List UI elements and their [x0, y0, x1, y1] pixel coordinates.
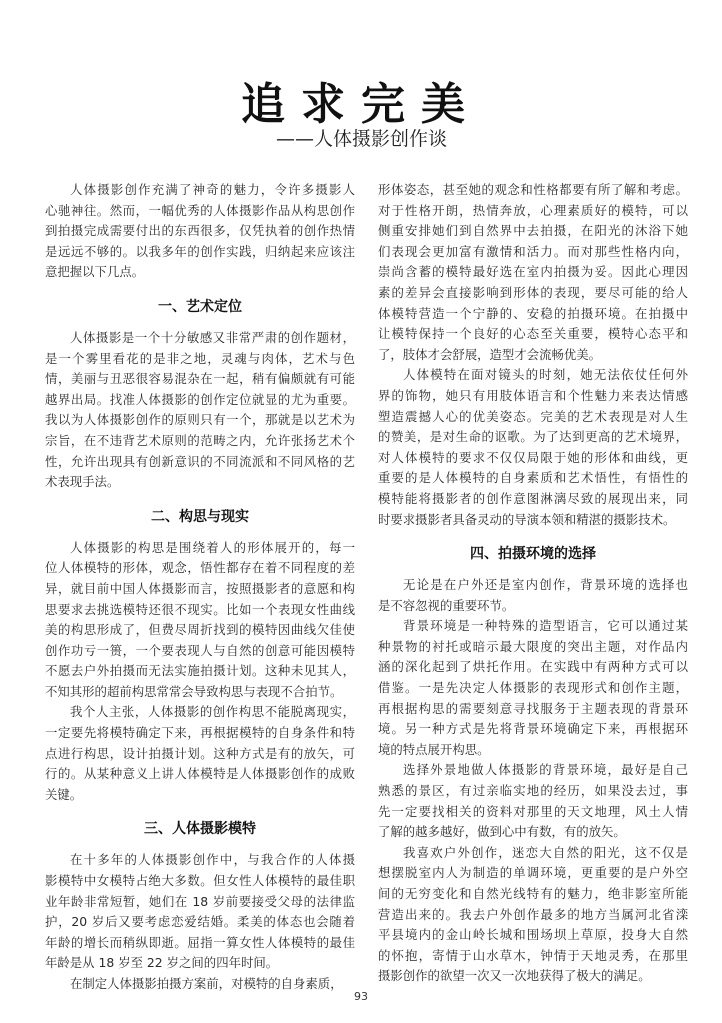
- paragraph: 我喜欢户外创作，迷恋大自然的阳光，这不仅是想摆脱室内人为制造的单调环境，更重要的…: [378, 843, 688, 987]
- text-line: 异，就目前中国人体摄影而言，按照摄影者的意愿和构: [45, 579, 355, 600]
- paragraph: 形体姿态，甚至她的观念和性格都要有所了解和考虑。对于性格开朗，热情奔放，心理素质…: [378, 180, 688, 365]
- right-column: 形体姿态，甚至她的观念和性格都要有所了解和考虑。对于性格开朗，热情奔放，心理素质…: [378, 180, 688, 987]
- text-line: 一定要先将模特确定下来，再根据模特的自身条件和特: [45, 723, 355, 744]
- text-line: 无论是在户外还是室内创作，背景环境的选择也: [378, 575, 688, 596]
- text-line: 不愿去户外拍摄而无法实施拍摄计划。这种未见其人，: [45, 661, 355, 682]
- text-line: 宗旨，在不违背艺术原则的范畴之内，允许张扬艺术个: [45, 431, 355, 452]
- text-line: 不知其形的超前构思常常会导致构思与表现不合拍节。: [45, 682, 355, 703]
- text-line: 背景环境是一种特殊的造型语言，它可以通过某: [378, 616, 688, 637]
- text-line: 体模特营造一个宁静的、安稳的拍摄环境。在拍摄中: [378, 304, 688, 325]
- paragraph: 无论是在户外还是室内创作，背景环境的选择也是不容忽视的重要环节。: [378, 575, 688, 616]
- text-line: 对人体模特的要求不仅仅局限于她的形体和曲线，更: [378, 448, 688, 469]
- text-line: 种景物的衬托或暗示最大限度的突出主题，对作品内: [378, 637, 688, 658]
- text-line: 性，允许出现具有创新意识的不同流派和不同风格的艺: [45, 452, 355, 473]
- text-line: 间的无穷变化和自然光线特有的魅力，绝非影室所能: [378, 884, 688, 905]
- text-line: 界的饰物，她只有用肢体语言和个性魅力来表达情感: [378, 386, 688, 407]
- text-line: 思要求去挑选模特还很不现实。比如一个表现女性曲线: [45, 600, 355, 621]
- text-line: 时要求摄影者具备灵动的导演本领和精湛的摄影技术。: [378, 510, 688, 531]
- section-heading: 二、构思与现实: [45, 498, 355, 536]
- text-line: 术表现手法。: [45, 472, 355, 493]
- text-line: 素的差异会直接影响到形体的表现，要尽可能的给人: [378, 283, 688, 304]
- text-line: 越界出局。找准人体摄影的创作定位就显的尤为重要。: [45, 390, 355, 411]
- text-line: 了，肢体才会舒展，造型才会流畅优美。: [378, 345, 688, 366]
- paragraph: 选择外景地做人体摄影的背景环境，最好是自己熟悉的景区，有过亲临实地的经历，如果没…: [378, 760, 688, 842]
- text-line: 人体模特在面对镜头的时刻，她无法依仗任何外: [378, 365, 688, 386]
- text-line: 侧重安排她们到自然界中去拍摄，在阳光的沐浴下她: [378, 221, 688, 242]
- text-line: 境的特点展开构思。: [378, 740, 688, 761]
- text-line: 再根据构思的需要刻意寻找服务于主题表现的背景环: [378, 699, 688, 720]
- text-line: 人体摄影创作充满了神奇的魅力，令许多摄影人: [45, 180, 355, 201]
- text-line: 对于性格开朗，热情奔放，心理素质好的模特，可以: [378, 201, 688, 222]
- text-line: 位人体模特的形体，观念，悟性都存在着不同程度的差: [45, 558, 355, 579]
- text-line: 我个人主张，人体摄影的创作构思不能脱离现实，: [45, 702, 355, 723]
- text-line: 涵的深化起到了烘托作用。在实践中有两种方式可以: [378, 657, 688, 678]
- text-line: 营造出来的。我去户外创作最多的地方当属河北省滦: [378, 905, 688, 926]
- text-line: 重要的是人体模特的自身素质和艺术悟性，有悟性的: [378, 468, 688, 489]
- text-line: 到拍摄完成需要付出的东西很多，仅凭执着的创作热情: [45, 221, 355, 242]
- text-line: 我以为人体摄影创作的原则只有一个，那就是以艺术为: [45, 410, 355, 431]
- section-heading: 四、拍摄环境的选择: [378, 535, 688, 573]
- text-line: 是远远不够的。以我多年的创作实践，归纳起来应该注: [45, 242, 355, 263]
- left-column: 人体摄影创作充满了神奇的魅力，令许多摄影人心驰神往。然而，一幅优秀的人体摄影作品…: [45, 180, 355, 995]
- text-line: 模特能将摄影者的创作意图淋漓尽致的展现出来，同: [378, 489, 688, 510]
- paragraph: 人体模特在面对镜头的时刻，她无法依仗任何外界的饰物，她只有用肢体语言和个性魅力来…: [378, 365, 688, 530]
- text-line: 护，20 岁后又要考虑恋爱结婚。柔美的体态也会随着: [45, 912, 355, 933]
- text-line: 借鉴。一是先决定人体摄影的表现形式和创作主题，: [378, 678, 688, 699]
- text-line: 意把握以下几点。: [45, 262, 355, 283]
- text-line: 影模特中女模特占绝大多数。但女性人体模特的最佳职: [45, 871, 355, 892]
- text-line: 熟悉的景区，有过亲临实地的经历，如果没去过，事: [378, 781, 688, 802]
- text-line: 想摆脱室内人为制造的单调环境，更重要的是户外空: [378, 863, 688, 884]
- text-line: 我喜欢户外创作，迷恋大自然的阳光，这不仅是: [378, 843, 688, 864]
- text-line: 形体姿态，甚至她的观念和性格都要有所了解和考虑。: [378, 180, 688, 201]
- section-heading: 三、人体摄影模特: [45, 810, 355, 848]
- text-line: 年龄的增长而稍纵即逝。屈指一算女性人体模特的最佳: [45, 933, 355, 954]
- paragraph: 在十多年的人体摄影创作中，与我合作的人体摄影模特中女模特占绝大多数。但女性人体模…: [45, 850, 355, 974]
- text-line: 让模特保持一个良好的心态至关重要，模特心态平和: [378, 324, 688, 345]
- text-line: 人体摄影是一个十分敏感又非常严肃的创作题材，: [45, 328, 355, 349]
- text-line: 是一个雾里看花的是非之地，灵魂与肉体，艺术与色: [45, 349, 355, 370]
- text-line: 境。另一种方式是先将背景环境确定下来，再根据环: [378, 719, 688, 740]
- page-number: 93: [0, 990, 722, 1003]
- text-line: 们表现会更加富有激情和活力。而对那些性格内向，: [378, 242, 688, 263]
- text-line: 心驰神往。然而，一幅优秀的人体摄影作品从构思创作: [45, 201, 355, 222]
- paragraph: 背景环境是一种特殊的造型语言，它可以通过某种景物的衬托或暗示最大限度的突出主题，…: [378, 616, 688, 760]
- text-line: 人体摄影的构思是围绕着人的形体展开的，每一: [45, 538, 355, 559]
- section-heading: 一、艺术定位: [45, 288, 355, 326]
- article-title: 追求完美: [0, 68, 722, 132]
- text-line: 崇尚含蓄的模特最好选在室内拍摄为妥。因此心理因: [378, 262, 688, 283]
- text-line: 关键。: [45, 785, 355, 806]
- text-line: 平县境内的金山岭长城和围场坝上草原，投身大自然: [378, 925, 688, 946]
- text-line: 塑造震撼人心的优美姿态。完美的艺术表现是对人生: [378, 407, 688, 428]
- text-line: 的赞美，是对生命的讴歌。为了达到更高的艺术境界，: [378, 427, 688, 448]
- text-line: 年龄是从 18 岁至 22 岁之间的四年时间。: [45, 953, 355, 974]
- paragraph: 我个人主张，人体摄影的创作构思不能脱离现实，一定要先将模特确定下来，再根据模特的…: [45, 702, 355, 805]
- article-subtitle: ——人体摄影创作谈: [276, 124, 447, 151]
- text-line: 的怀抱，寄情于山水草木，钟情于天地灵秀，在那里: [378, 946, 688, 967]
- text-line: 选择外景地做人体摄影的背景环境，最好是自己: [378, 760, 688, 781]
- text-line: 了解的越多越好，做到心中有数，有的放矢。: [378, 822, 688, 843]
- text-line: 先一定要找相关的资料对那里的天文地理，风土人情: [378, 802, 688, 823]
- text-line: 点进行构思，设计拍摄计划。这种方式是有的放矢，可: [45, 744, 355, 765]
- paragraph: 人体摄影的构思是围绕着人的形体展开的，每一位人体模特的形体，观念，悟性都存在着不…: [45, 538, 355, 703]
- paragraph: 人体摄影是一个十分敏感又非常严肃的创作题材，是一个雾里看花的是非之地，灵魂与肉体…: [45, 328, 355, 493]
- text-line: 美的构思形成了，但费尽周折找到的模特因曲线欠佳使: [45, 620, 355, 641]
- text-line: 是不容忽视的重要环节。: [378, 596, 688, 617]
- text-line: 行的。从某种意义上讲人体模特是人体摄影创作的成败: [45, 764, 355, 785]
- text-line: 业年龄非常短暂，她们在 18 岁前要接受父母的法律监: [45, 892, 355, 913]
- text-line: 情，美丽与丑恶很容易混杂在一起，稍有偏颇就有可能: [45, 369, 355, 390]
- text-line: 创作功亏一篑，一个要表现人与自然的创意可能因模特: [45, 641, 355, 662]
- paragraph: 人体摄影创作充满了神奇的魅力，令许多摄影人心驰神往。然而，一幅优秀的人体摄影作品…: [45, 180, 355, 283]
- text-line: 在十多年的人体摄影创作中，与我合作的人体摄: [45, 850, 355, 871]
- text-line: 摄影创作的欲望一次又一次地获得了极大的满足。: [378, 966, 688, 987]
